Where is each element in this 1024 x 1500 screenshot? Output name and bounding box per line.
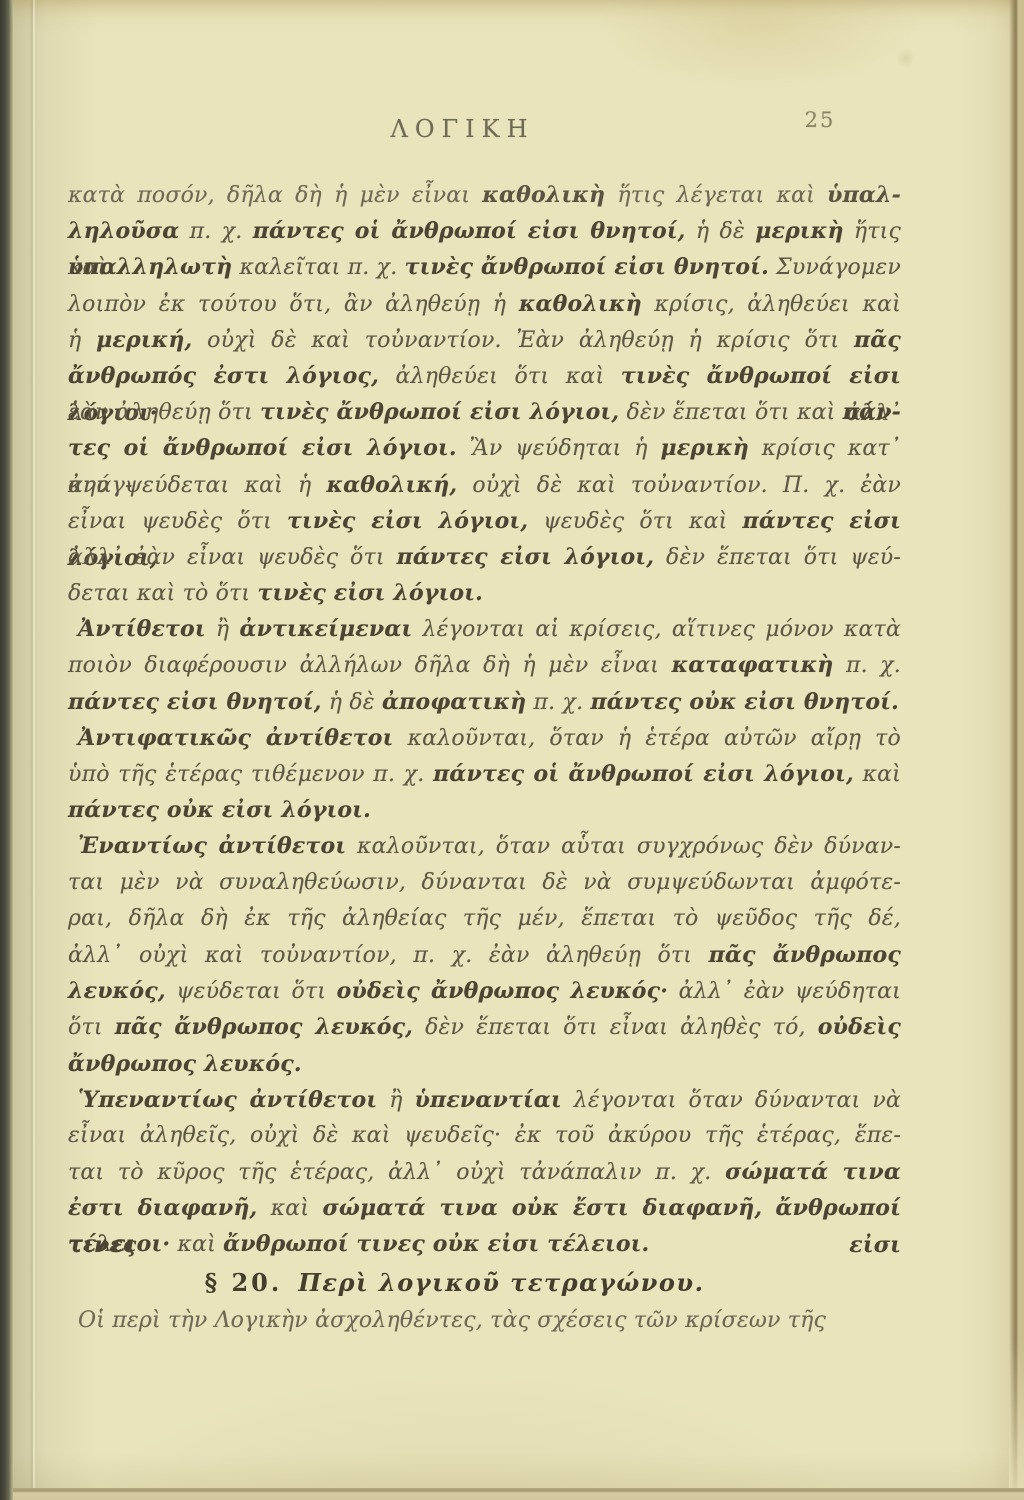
text-line: Ἐναντίως ἀντίθετοι καλοῦνται, ὅταν αὗται…	[68, 828, 901, 864]
text-line: ὑπαλληλωτὴ καλεῖται π. χ. τινὲς ἄνθρωποί…	[68, 249, 901, 285]
text-line: λοιπὸν ἐκ τούτου ὅτι, ἂν ἀληθεύῃ ἡ καθολ…	[68, 286, 901, 322]
text-line: ἀλλ᾽ οὐχὶ καὶ τοὐναντίον, π. χ. ἐὰν ἀληθ…	[68, 937, 901, 973]
text-line: εἶναι ψευδὲς ὅτι τινὲς εἰσι λόγιοι, ψευδ…	[68, 503, 901, 539]
text-line: τες οἱ ἄνθρωποί εἰσι λόγιοι. Ἂν ψεύδηται…	[68, 430, 901, 466]
right-page-edge	[1009, 0, 1024, 1500]
page-number: 25	[793, 108, 847, 132]
paragraph: Ἀντιφατικῶς ἀντίθετοι καλοῦνται, ὅταν ἡ …	[68, 720, 901, 829]
text-line: Ὑπεναντίως ἀντίθετοι ἢ ὑπεναντίαι λέγοντ…	[68, 1082, 901, 1118]
body-text: κατὰ ποσόν, δῆλα δὴ ἡ μὲν εἶναι καθολικὴ…	[68, 177, 901, 1339]
page-title: ΛΟΓΙΚΗ	[391, 110, 535, 148]
section-title: Περὶ λογικοῦ τετραγώνου.	[298, 1268, 704, 1297]
left-binding-edge	[0, 0, 13, 1500]
text-line: ποιὸν διαφέρουσιν ἀλλήλων δῆλα δὴ ἡ μὲν …	[68, 647, 901, 683]
paragraph: Ἀντίθετοι ἢ ἀντικείμεναι λέγονται αἱ κρί…	[68, 611, 901, 720]
running-head: ΛΟΓΙΚΗ	[68, 110, 901, 148]
text-line: εἶναι ἀληθεῖς, οὐχὶ δὲ καὶ ψευδεῖς· ἐκ τ…	[68, 1118, 901, 1154]
text-line: πάντες εἰσι θνητοί, ἡ δὲ ἀποφατικὴ π. χ.…	[68, 684, 901, 720]
text-line: Ἀντιφατικῶς ἀντίθετοι καλοῦνται, ὅταν ἡ …	[68, 720, 901, 756]
text-line: πάντες οὐκ εἰσι λόγιοι.	[68, 792, 901, 828]
bottom-page-edge	[13, 1488, 1024, 1500]
text-line: ἐὰν ἀληθεύῃ ὅτι τινὲς ἄνθρωποί εἰσι λόγι…	[68, 394, 901, 430]
paragraph: Οἱ περὶ τὴν Λογικὴν ἀσχοληθέντες, τὰς σχ…	[68, 1303, 901, 1339]
text-line: ἀλλ᾽ ἐὰν εἶναι ψευδὲς ὅτι πάντες εἰσι λό…	[68, 539, 901, 575]
text-line: ἐστι διαφανῆ, καὶ σώματά τινα οὐκ ἔστι δ…	[68, 1190, 901, 1226]
section-number: § 20.	[205, 1268, 283, 1297]
text-line: ται τὸ κῦρος τῆς ἑτέρας, ἀλλ᾽ οὐχὶ τἀνάπ…	[68, 1154, 901, 1190]
text-line: ληλοῦσα π. χ. πάντες οἱ ἄνθρωποί εἰσι θν…	[68, 213, 901, 249]
text-line: ἡ μερική, οὐχὶ δὲ καὶ τοὐναντίον. Ἐὰν ἀλ…	[68, 322, 901, 358]
section-heading: § 20.Περὶ λογικοῦ τετραγώνου.	[38, 1263, 871, 1303]
scanned-book-page: ΛΟΓΙΚΗ 25 κατὰ ποσόν, δῆλα δὴ ἡ μὲν εἶνα…	[0, 0, 1024, 1500]
right-page-edge-fade	[1009, 1340, 1024, 1500]
text-line: λευκός, ψεύδεται ὅτι οὐδεὶς ἄνθρωπος λευ…	[68, 973, 901, 1009]
text-line: Ἀντίθετοι ἢ ἀντικείμεναι λέγονται αἱ κρί…	[68, 611, 901, 647]
paragraph: κατὰ ποσόν, δῆλα δὴ ἡ μὲν εἶναι καθολικὴ…	[68, 177, 901, 611]
paragraph: Ἐναντίως ἀντίθετοι καλοῦνται, ὅταν αὗται…	[68, 828, 901, 1081]
text-line: ραι, δῆλα δὴ ἐκ τῆς ἀληθείας τῆς μέν, ἕπ…	[68, 901, 901, 937]
binding-crease-line	[33, 0, 35, 1492]
paragraph: Ὑπεναντίως ἀντίθετοι ἢ ὑπεναντίαι λέγοντ…	[68, 1082, 901, 1263]
text-line: Οἱ περὶ τὴν Λογικὴν ἀσχοληθέντες, τὰς σχ…	[68, 1303, 901, 1339]
text-line: κην ψεύδεται καὶ ἡ καθολική, οὐχὶ δὲ καὶ…	[68, 467, 901, 503]
text-line: ὅτι πᾶς ἄνθρωπος λευκός, δὲν ἕπεται ὅτι …	[68, 1009, 901, 1045]
text-line: ἄνθρωπος λευκός.	[68, 1046, 901, 1082]
text-line: ται μὲν νὰ συναληθεύωσιν, δύνανται δὲ νὰ…	[68, 865, 901, 901]
text-line: ἄνθρωπός ἐστι λόγιος, ἀληθεύει ὅτι καὶ τ…	[68, 358, 901, 394]
text-line: ὑπὸ τῆς ἑτέρας τιθέμενον π. χ. πάντες οἱ…	[68, 756, 901, 792]
text-line: δεται καὶ τὸ ὅτι τινὲς εἰσι λόγιοι.	[68, 575, 901, 611]
text-line: κατὰ ποσόν, δῆλα δὴ ἡ μὲν εἶναι καθολικὴ…	[68, 177, 901, 213]
